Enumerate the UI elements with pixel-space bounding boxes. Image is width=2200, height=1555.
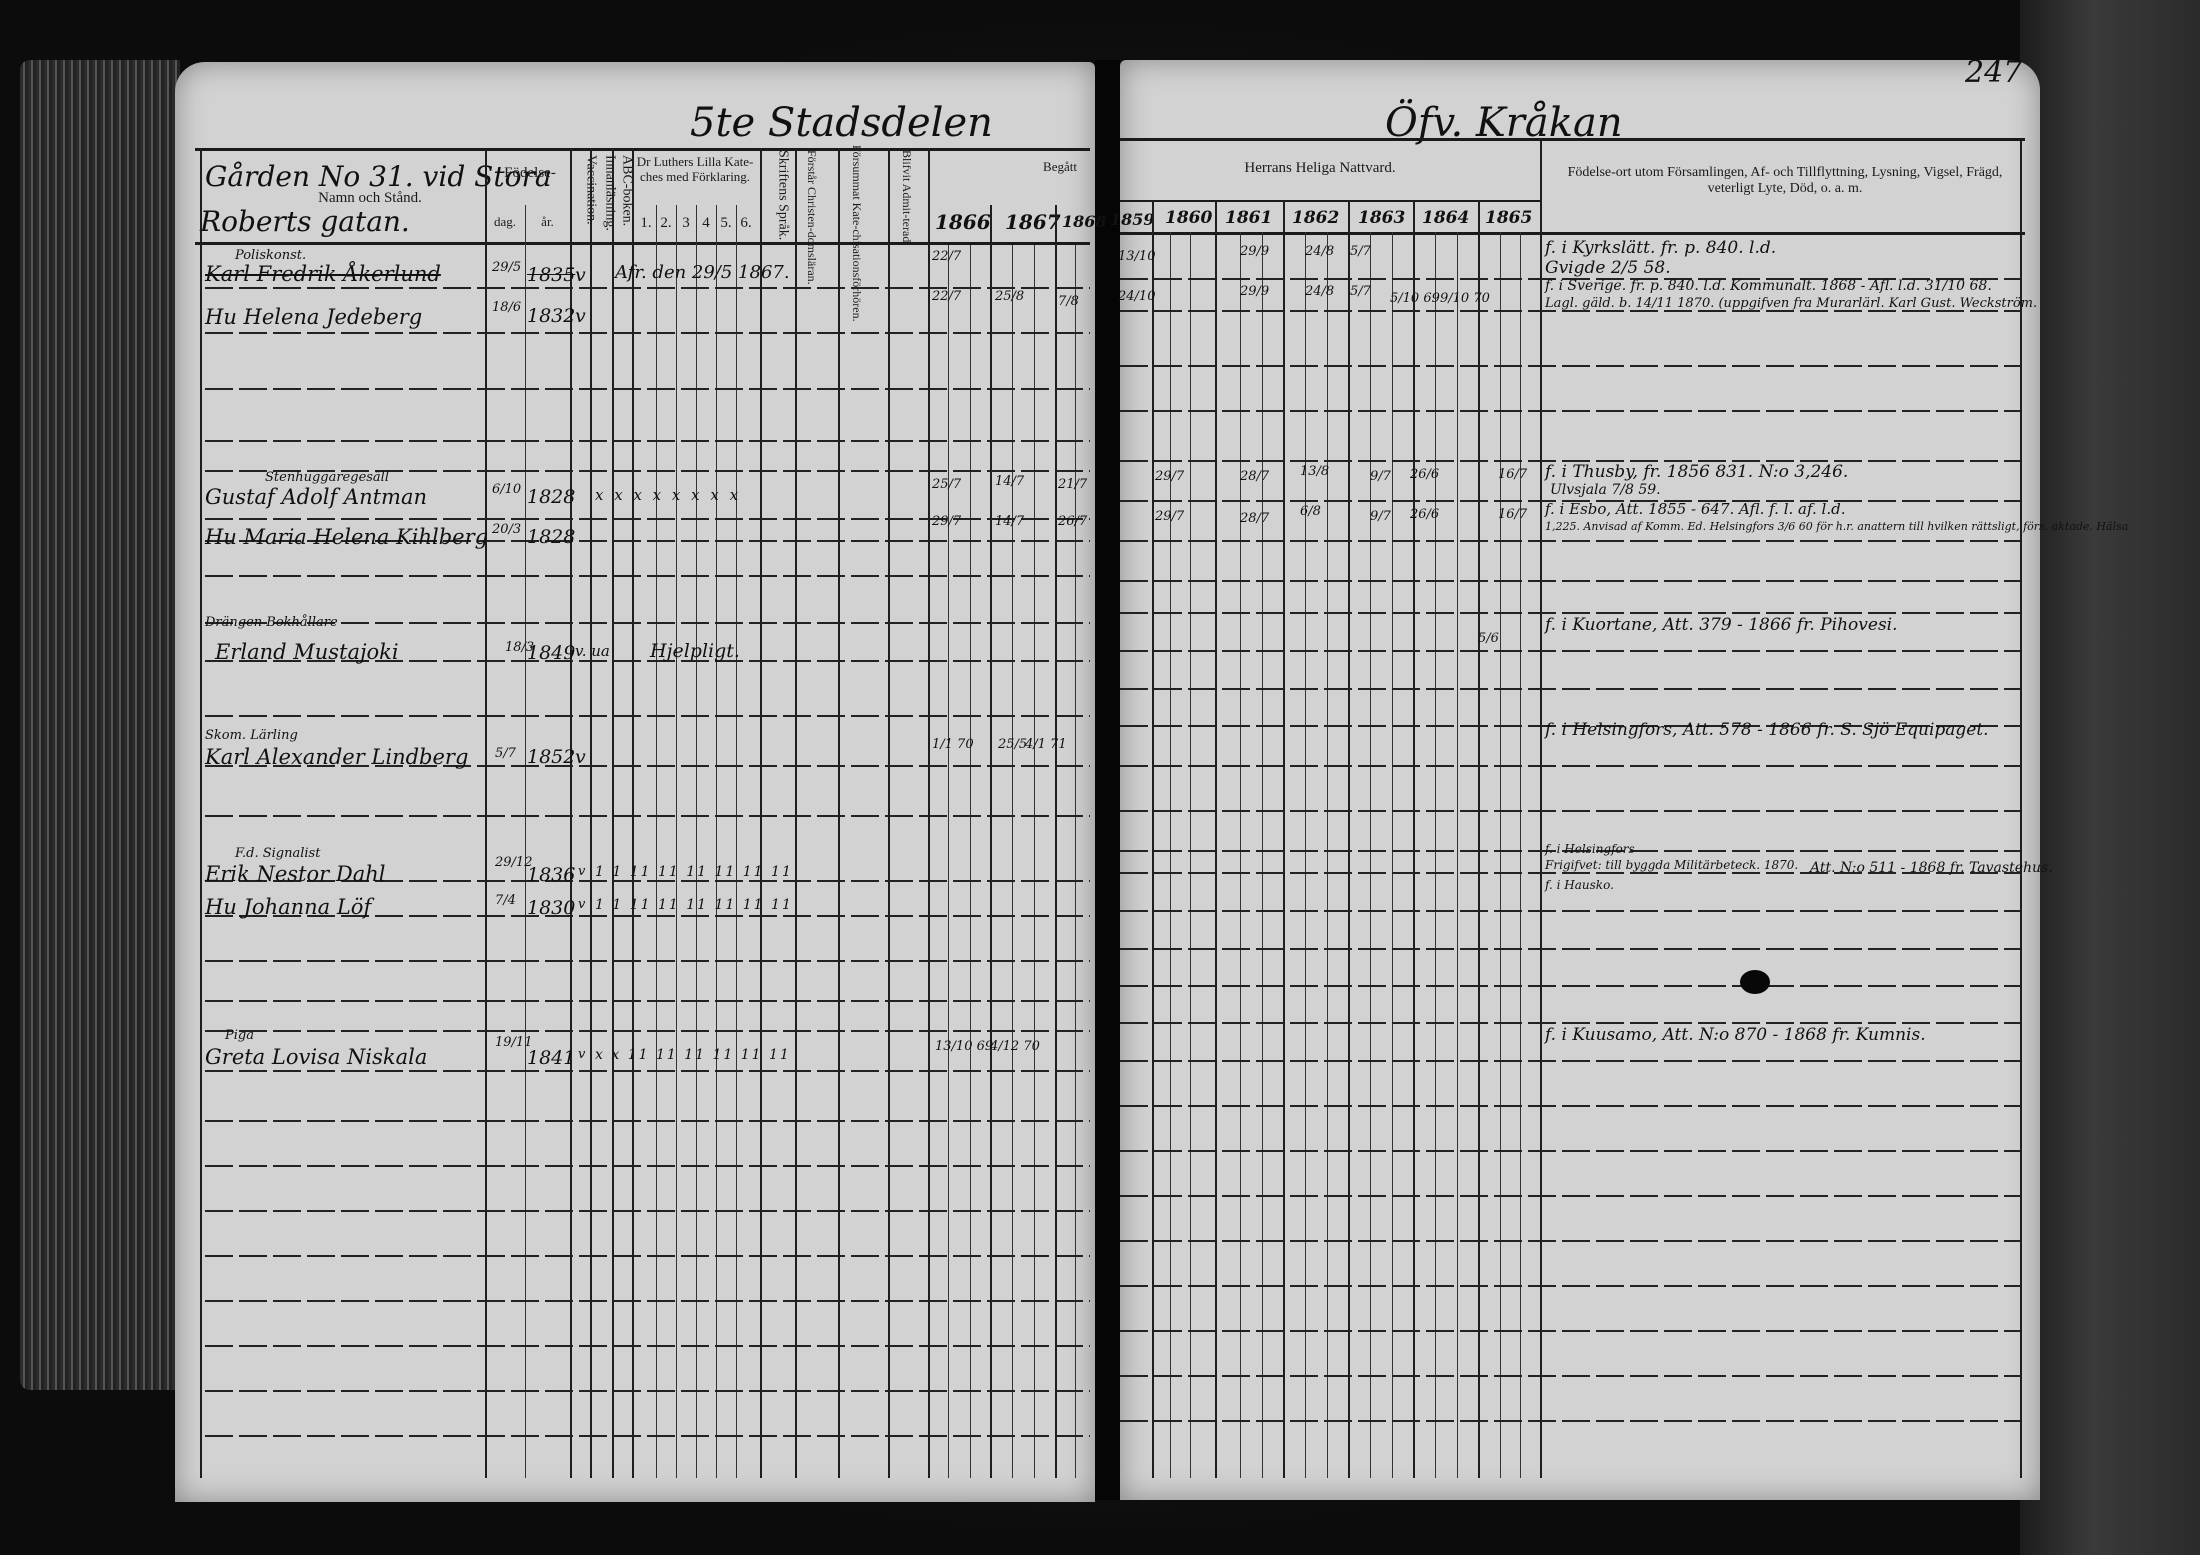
begatt-header: Begått [1040,160,1080,175]
year-1866: 1866 [935,210,991,234]
communion-date: 24/8 [1305,285,1334,298]
birth-day-header: dag. [485,215,525,230]
communion-date: 5/7 [1350,285,1371,298]
communion-date: 16/7 [1498,508,1527,521]
entry-notes: Afr. den 29/5 1867. [615,262,790,283]
book-page-edges [20,60,180,1390]
communion-date: 14/7 [995,475,1024,488]
entry-birth-day: 6/10 [492,482,521,497]
communion-date: 4/12 70 [990,1040,1040,1053]
communion-date: 29/7 [932,515,961,528]
remark: f. i Sverige. fr. p. 840. l.d. Kommunalt… [1545,278,1992,294]
entry-title: Piga [225,1028,254,1043]
communion-date: 25/5 [998,738,1027,751]
communion-date: 24/8 [1305,245,1334,258]
entry-birth-year: 1830 [527,897,575,919]
communion-date: 26/6 [1410,508,1439,521]
christian-understanding-header: Förstår Christen-domsläran. [805,150,818,285]
entry-title: Drängen Bokhållare [205,615,338,630]
communion-date: 13/10 [1118,250,1155,263]
entry-title: F.d. Signalist [235,846,320,861]
catechism-col-6: 6. [736,215,756,232]
page-number: 247 [1965,55,2022,90]
communion-date: 26/6 [1410,468,1439,481]
entry-birth-year: 1828 [527,486,575,508]
year-1860: 1860 [1165,208,1212,228]
entry-vaccination: v [575,264,586,286]
entry-birth-year: 1849 [527,642,575,664]
header-top-rule [195,148,1090,151]
entry-vaccination: v [575,305,586,327]
remark: Frigifvet: till byggda Militärbeteck. 18… [1545,858,1798,872]
remark: f. i Helsingfors [1545,842,1635,856]
communion-date: 9/10 70 [1440,292,1490,305]
communion-date: 29/9 [1240,245,1269,258]
remark: Att. N:o 511 - 1868 fr. Tavastehus. [1810,860,2053,876]
book-gutter [1095,60,1120,1500]
entry-marks: x x 11 11 11 11 11 11 [595,1047,791,1063]
address-line-2: Roberts gatan. [200,205,410,238]
entry-vaccination: v. ua [575,642,610,660]
communion-date: 21/7 [1058,478,1087,491]
year-1861: 1861 [1225,208,1272,228]
catechism-header: Dr Luthers Lilla Kate-ches med Förklarin… [630,155,760,185]
entry-birth-year: 1828 [527,526,575,548]
entry-birth-year: 1841 [527,1047,575,1069]
catechism-col-3: 3 [676,215,696,232]
entry-marks: 1 1 11 11 11 11 11 11 [595,897,793,913]
communion-date: 29/7 [1155,510,1184,523]
entry-name: Greta Lovisa Niskala [205,1045,427,1069]
remark: f. i Kuortane, Att. 379 - 1866 fr. Pihov… [1545,615,1898,635]
birth-year-header: år. [525,215,570,230]
communion-date: 24/10 [1118,290,1155,303]
entry-title: Skom. Lärling [205,728,298,743]
communion-date: 25/7 [932,478,961,491]
catechism-col-2: 2. [656,215,676,232]
left-page-heading: 5te Stadsdelen [690,100,993,146]
entry-birth-day: 5/7 [495,746,516,761]
ink-blot [1740,970,1770,994]
year-1868: 1868 [1062,212,1107,231]
entry-notes: Hjelpligt. [650,640,740,662]
catechism-col-1: 1. [636,215,656,232]
entry-name: Hu Maria Helena Kihlberg [205,525,488,549]
communion-date: 5/6 [1478,632,1499,645]
year-1862: 1862 [1292,208,1339,228]
communion-date: 29/9 [1240,285,1269,298]
communion-date: 22/7 [932,250,961,263]
entry-birth-day: 29/5 [492,260,521,275]
communion-date: 7/8 [1058,295,1079,308]
communion-date: 9/7 [1370,470,1391,483]
admitted-header: Blifvit Admit-terad. [900,150,913,245]
communion-date: 9/7 [1370,510,1391,523]
communion-date: 28/7 [1240,512,1269,525]
catechism-col-5: 5. [716,215,736,232]
communion-date: 13/8 [1300,465,1329,478]
communion-date: 4/1 71 [1025,738,1067,751]
remark: f. i Kuusamo, Att. N:o 870 - 1868 fr. Ku… [1545,1025,1926,1045]
communion-date: 14/7 [995,515,1024,528]
entry-title: Stenhuggaregesäll [265,470,389,485]
birth-header: Födelse- [485,165,575,182]
entry-name: Erik Nestor Dahl [205,862,385,886]
entry-birth-year: 1832 [527,305,575,327]
remark: f. i Hausko. [1545,878,1614,892]
year-1864: 1864 [1422,208,1469,228]
entry-birth-year: 1852 [527,746,575,768]
communion-date: 25/8 [995,290,1024,303]
remark: Ulvsjala 7/8 59. [1550,482,1661,498]
communion-date: 13/10 69 [935,1040,993,1053]
entry-birth-day: 18/6 [492,300,521,315]
missed-exam-header: Försummat Kate-chisationsförhören. [850,145,863,322]
communion-date: 29/7 [1155,470,1184,483]
entry-marks: 1 1 11 11 11 11 11 11 [595,864,793,880]
remarks-header: Födelse-ort utom Församlingen, Af- och T… [1545,165,2025,197]
entry-vaccination: v [578,1047,585,1062]
entry-marks: x x x x x x x x [595,486,741,504]
remark: 1,225. Anvisad af Komm. Ed. Helsingfors … [1545,520,2128,533]
remark: f. i Helsingfors, Att. 578 - 1866 fr. S.… [1545,720,1989,740]
entry-name: Gustaf Adolf Antman [205,485,427,509]
entry-name: Karl Alexander Lindberg [205,745,468,769]
entry-name: Hu Helena Jedeberg [205,305,422,329]
entry-vaccination: v [578,897,585,912]
entry-birth-day: 20/3 [492,522,521,537]
year-1863: 1863 [1358,208,1405,228]
entry-birth-year: 1836 [527,864,575,886]
remark: f. i Kyrkslätt. fr. p. 840. l.d. [1545,238,1776,258]
communion-date: 1/1 70 [932,738,974,751]
communion-date: 6/8 [1300,505,1321,518]
entry-vaccination: v [578,864,585,879]
communion-date: 5/7 [1350,245,1371,258]
reading-header: Innanläsning. [602,155,617,231]
remark: f. i Thusby, fr. 1856 831. N:o 3,246. [1545,462,1848,482]
entry-vaccination: v [575,746,586,768]
communion-header: Herrans Heliga Nattvard. [1160,160,1480,177]
scripture-header: Skriftens Språk. [775,150,790,240]
communion-date: 16/7 [1498,468,1527,481]
entry-name: Hu Johanna Löf [205,895,371,919]
communion-date: 5/10 69 [1390,292,1440,305]
year-1865: 1865 [1485,208,1532,228]
year-1859: 1859 [1110,210,1155,229]
remark: f. i Esbo, Att. 1855 - 647. Afl. f. l. a… [1545,500,1845,518]
entry-birth-year: 1835 [527,264,575,286]
entry-name: Erland Mustajoki [215,640,399,664]
communion-date: 26/7 [1058,515,1087,528]
catechism-col-4: 4 [696,215,716,232]
year-1867: 1867 [1005,210,1061,234]
entry-title: Poliskonst. [235,248,306,263]
communion-date: 28/7 [1240,470,1269,483]
remark: Gvigde 2/5 58. [1545,258,1671,278]
desk-surface [2020,0,2200,1555]
entry-name: Karl Fredrik Åkerlund [205,262,441,286]
header-bottom-rule [195,242,1090,245]
communion-date: 22/7 [932,290,961,303]
remark: Lagl. gäld. b. 14/11 1870. (uppgifven fr… [1545,296,2037,311]
entry-birth-day: 7/4 [495,893,516,908]
